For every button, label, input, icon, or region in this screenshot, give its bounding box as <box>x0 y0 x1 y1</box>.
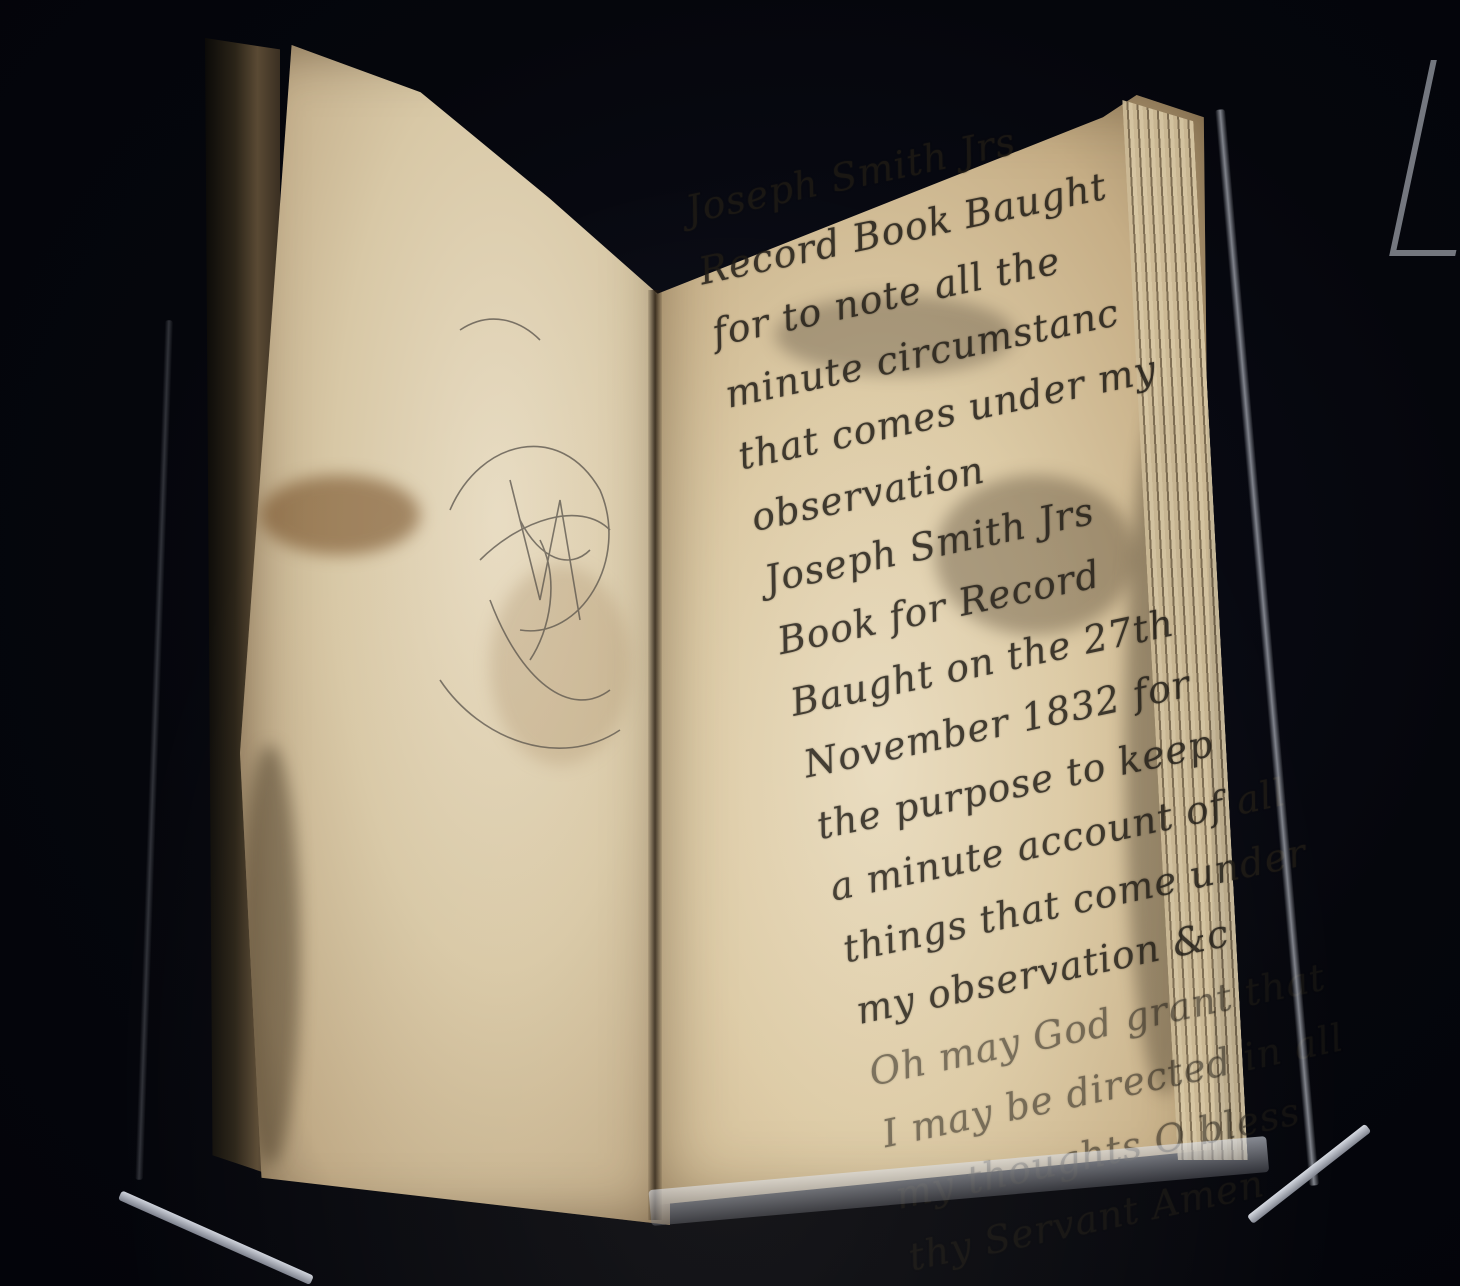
book-gutter <box>648 290 662 1220</box>
stain <box>260 475 420 555</box>
pencil-scribble <box>420 300 640 780</box>
